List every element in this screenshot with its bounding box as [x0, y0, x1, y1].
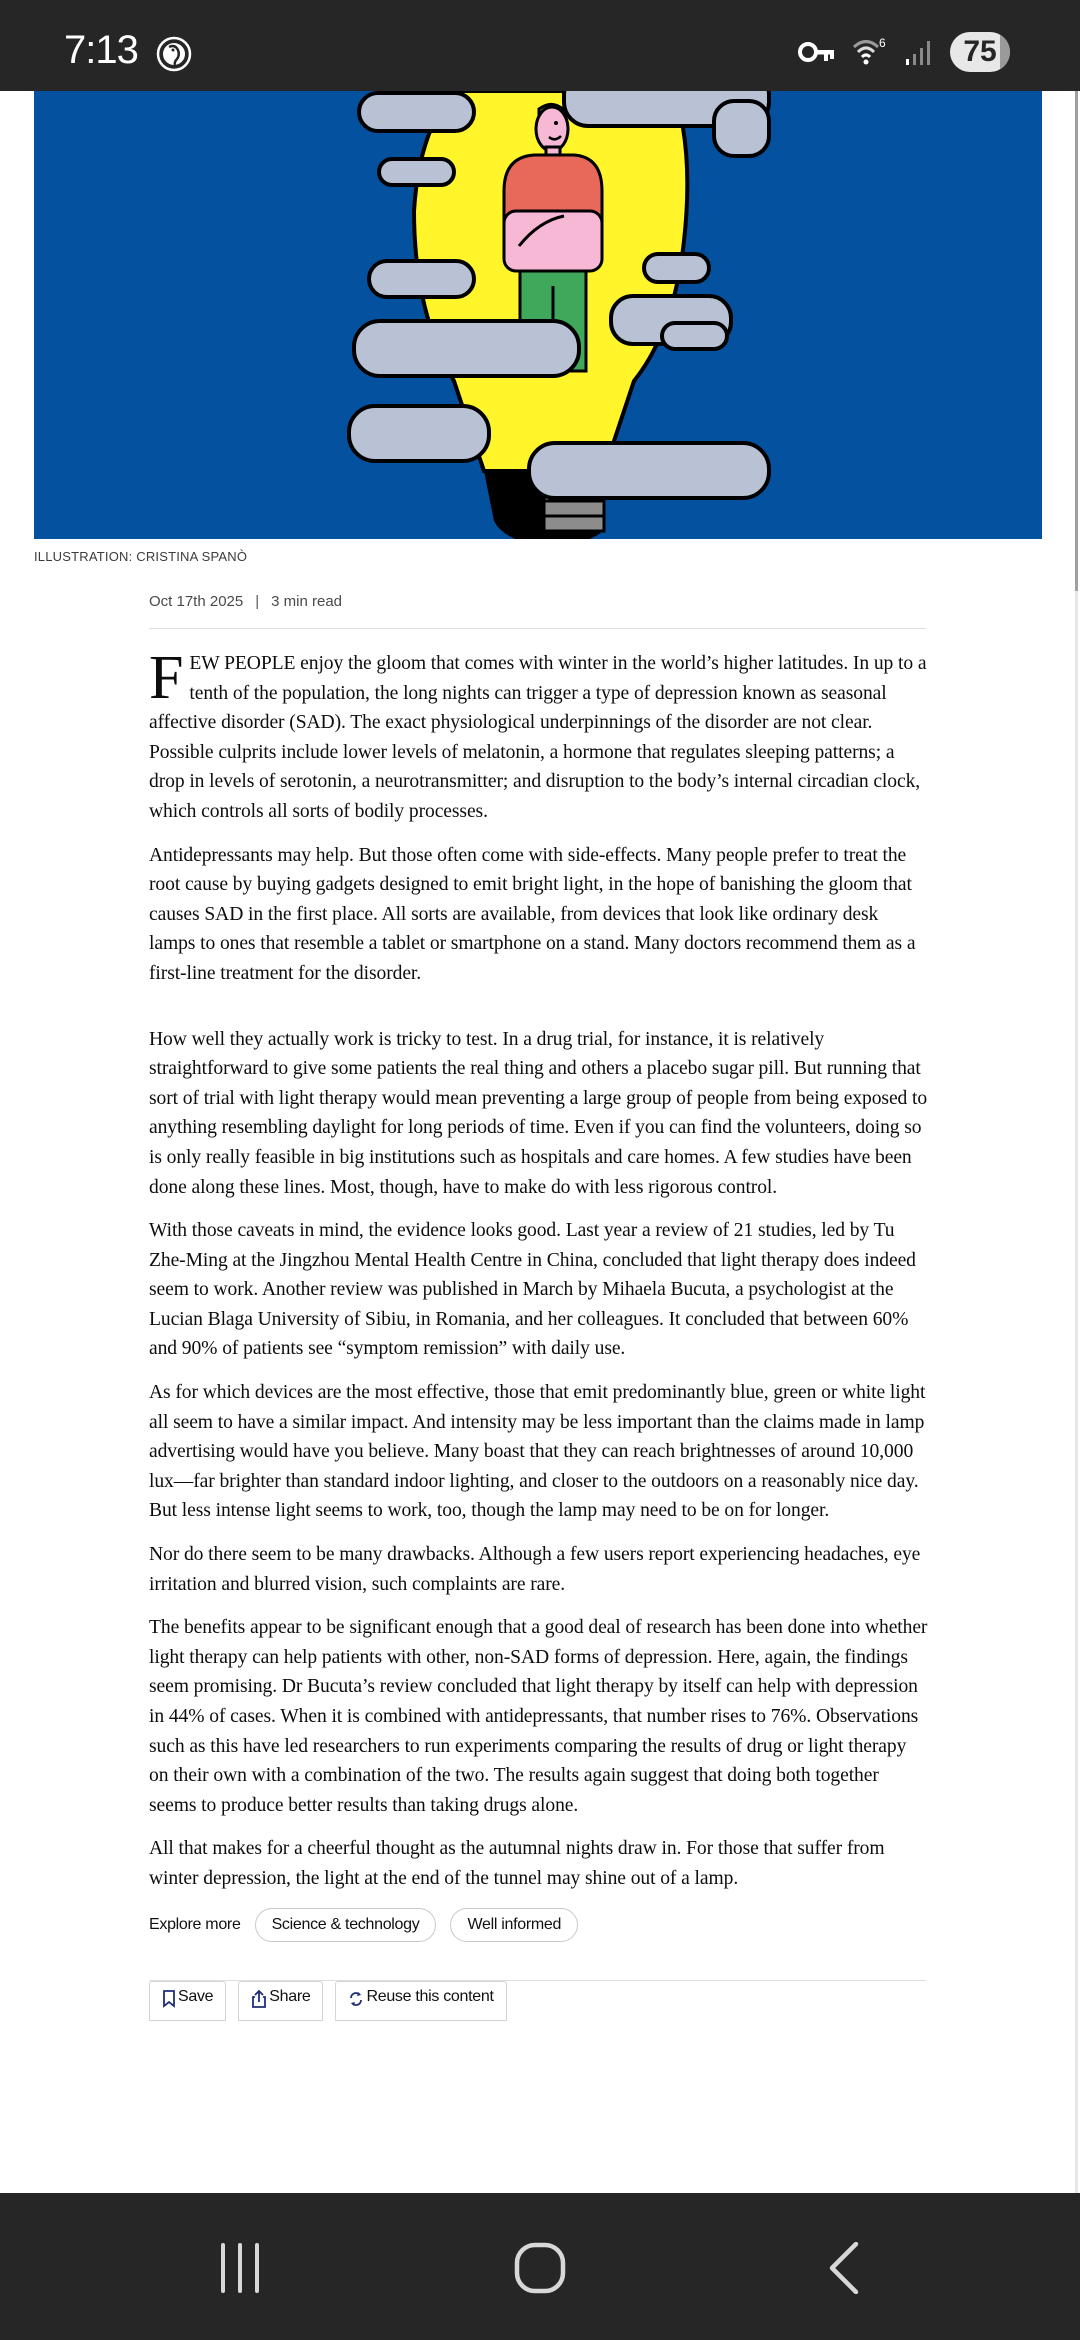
paragraph-2: Antidepressants may help. But those ofte… — [149, 841, 929, 989]
paragraph-1: FEW PEOPLE enjoy the gloom that comes wi… — [149, 649, 929, 827]
refresh-icon — [348, 1990, 364, 2008]
scrollbar-thumb[interactable] — [1075, 91, 1078, 591]
paragraph-6: Nor do there seem to be many drawbacks. … — [149, 1540, 929, 1599]
status-icons: 6 75 — [798, 30, 1010, 74]
paragraph-4: With those caveats in mind, the evidence… — [149, 1216, 929, 1364]
article-meta: Oct 17th 2025 | 3 min read — [149, 593, 342, 610]
share-button[interactable]: Share — [238, 1981, 323, 2021]
paragraph-7: The benefits appear to be significant en… — [149, 1613, 929, 1820]
topic-chip-well-informed[interactable]: Well informed — [450, 1908, 578, 1942]
status-bar: 7:13 6 75 — [0, 0, 1080, 91]
topic-chip-science-technology[interactable]: Science & technology — [255, 1908, 437, 1942]
image-caption: ILLUSTRATION: CRISTINA SPANÒ — [34, 549, 247, 564]
system-nav-bar — [0, 2193, 1080, 2340]
save-button[interactable]: Save — [149, 1981, 226, 2021]
bookmark-icon — [162, 1990, 176, 2008]
hero-illustration — [34, 91, 1042, 539]
recent-apps-button[interactable] — [200, 2233, 280, 2303]
home-button[interactable] — [500, 2233, 580, 2303]
paragraph-3: How well they actually work is tricky to… — [149, 1025, 929, 1203]
explore-more-label: Explore more — [149, 1916, 241, 1934]
recent-apps-icon — [217, 2243, 263, 2293]
battery-indicator: 75 — [950, 32, 1010, 72]
read-time: 3 min read — [271, 593, 342, 610]
explore-more: Explore more Science & technology Well i… — [149, 1908, 929, 1942]
status-time: 7:13 — [64, 28, 138, 73]
paragraph-8: All that makes for a cheerful thought as… — [149, 1834, 929, 1893]
browser-app-icon — [156, 36, 192, 72]
back-icon — [826, 2242, 862, 2294]
article-actions: Save Share Reuse this content — [149, 1981, 929, 2021]
lightbulb-illustration — [34, 91, 1042, 539]
vpn-key-icon — [798, 40, 836, 64]
reuse-content-button[interactable]: Reuse this content — [335, 1981, 506, 2021]
back-button[interactable] — [804, 2233, 884, 2303]
share-icon — [251, 1990, 267, 2008]
publish-date: Oct 17th 2025 — [149, 593, 243, 610]
signal-icon — [904, 37, 934, 67]
home-icon — [514, 2242, 566, 2294]
paragraph-5: As for which devices are the most effect… — [149, 1378, 929, 1526]
divider — [149, 628, 926, 629]
svg-text:6: 6 — [879, 37, 886, 50]
article-body: FEW PEOPLE enjoy the gloom that comes wi… — [149, 649, 929, 2021]
wifi-6-icon: 6 — [852, 37, 888, 67]
meta-separator: | — [255, 593, 259, 610]
lead-in: EW PEOPLE — [189, 653, 295, 674]
web-page[interactable]: ILLUSTRATION: CRISTINA SPANÒ Oct 17th 20… — [0, 91, 1080, 2193]
drop-cap: F — [149, 655, 183, 701]
